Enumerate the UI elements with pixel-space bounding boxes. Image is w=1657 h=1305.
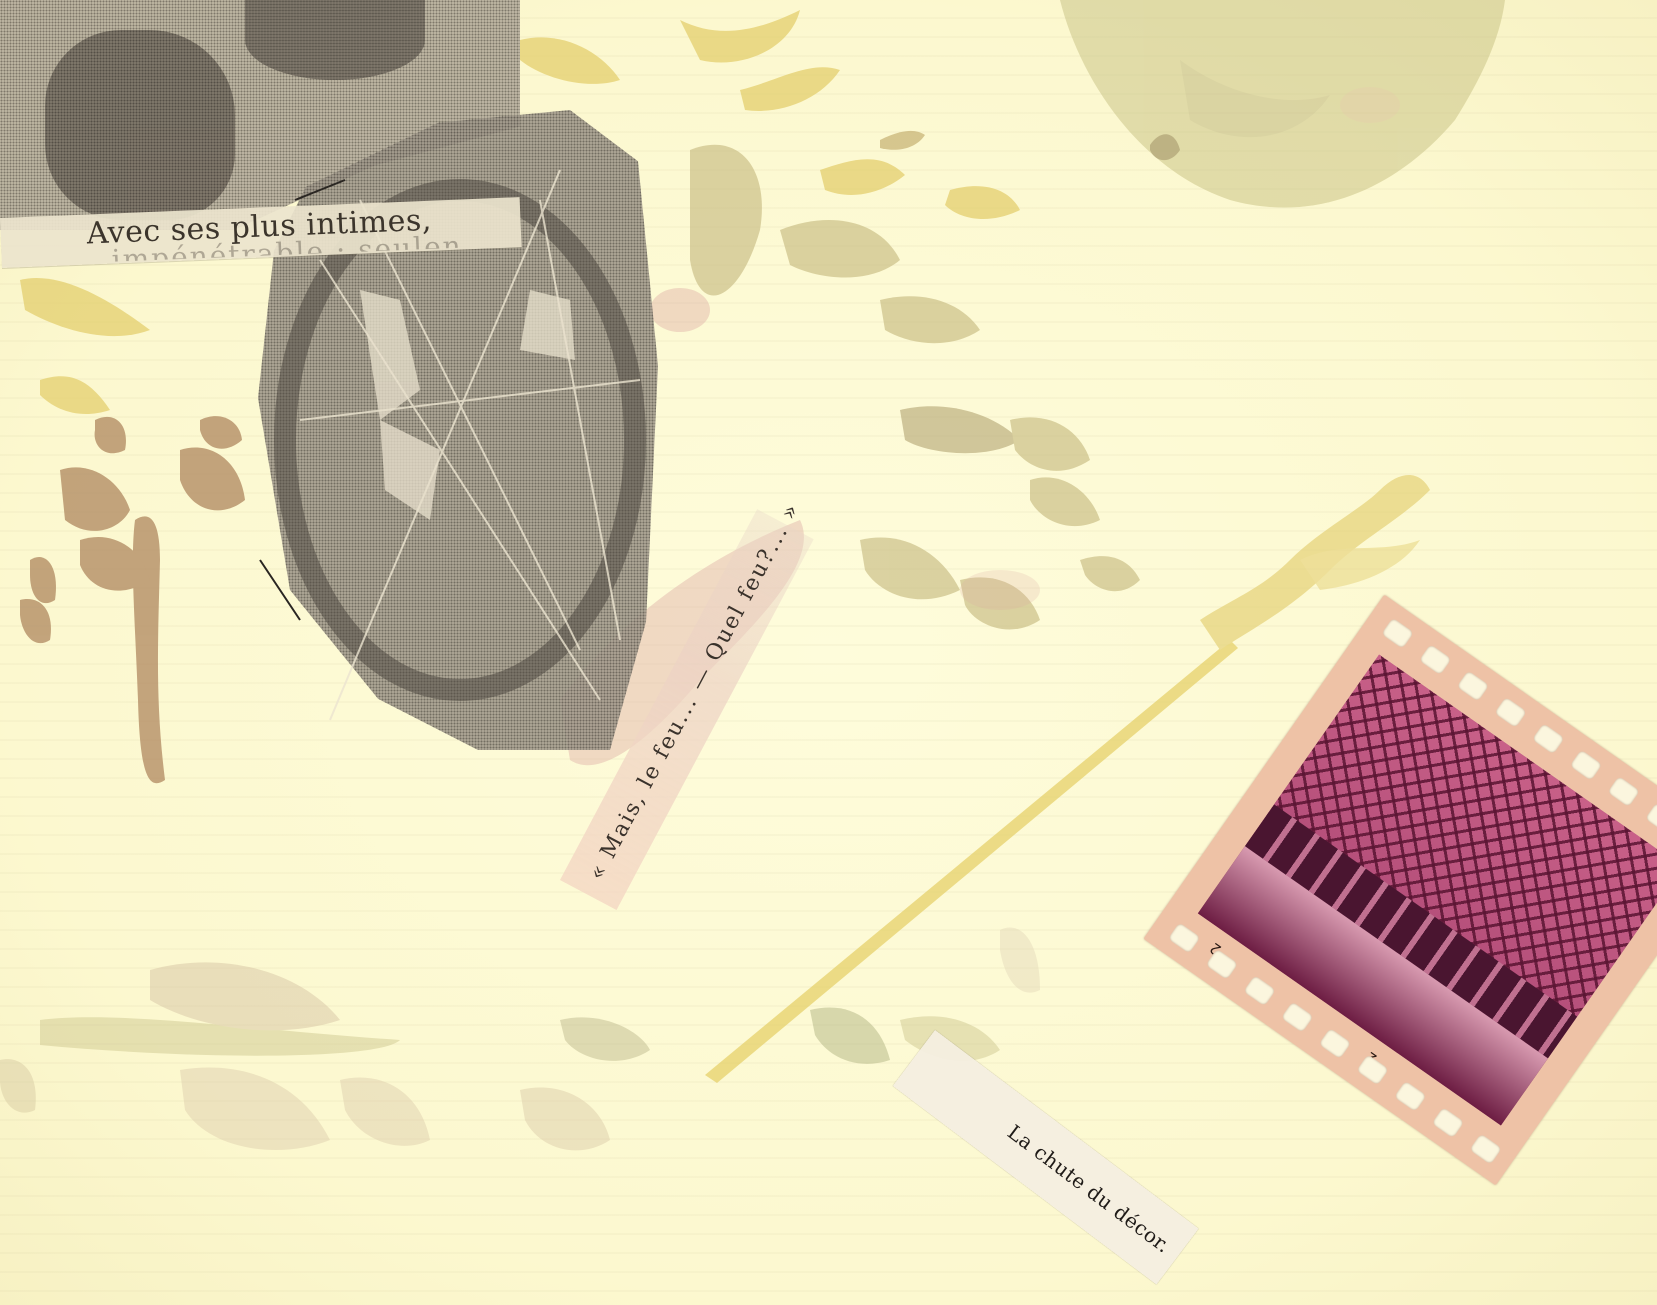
- film-frame: 5 2 2: [1143, 595, 1657, 1186]
- bottom-washes: [0, 928, 1040, 1151]
- olive-moon-wash: [1060, 0, 1505, 208]
- newspaper-photo-portrait-dark: [45, 30, 235, 220]
- collage-canvas: Avec ses plus intimes, impénétrable ; se…: [0, 0, 1657, 1305]
- brown-tree-wash: [20, 416, 245, 783]
- decor-text: La chute du décor.: [1003, 1120, 1175, 1258]
- text-strip-decor: La chute du décor.: [893, 1030, 1199, 1285]
- film-image-building: [1198, 654, 1657, 1125]
- newspaper-photo-portrait-dark-2: [245, 0, 425, 80]
